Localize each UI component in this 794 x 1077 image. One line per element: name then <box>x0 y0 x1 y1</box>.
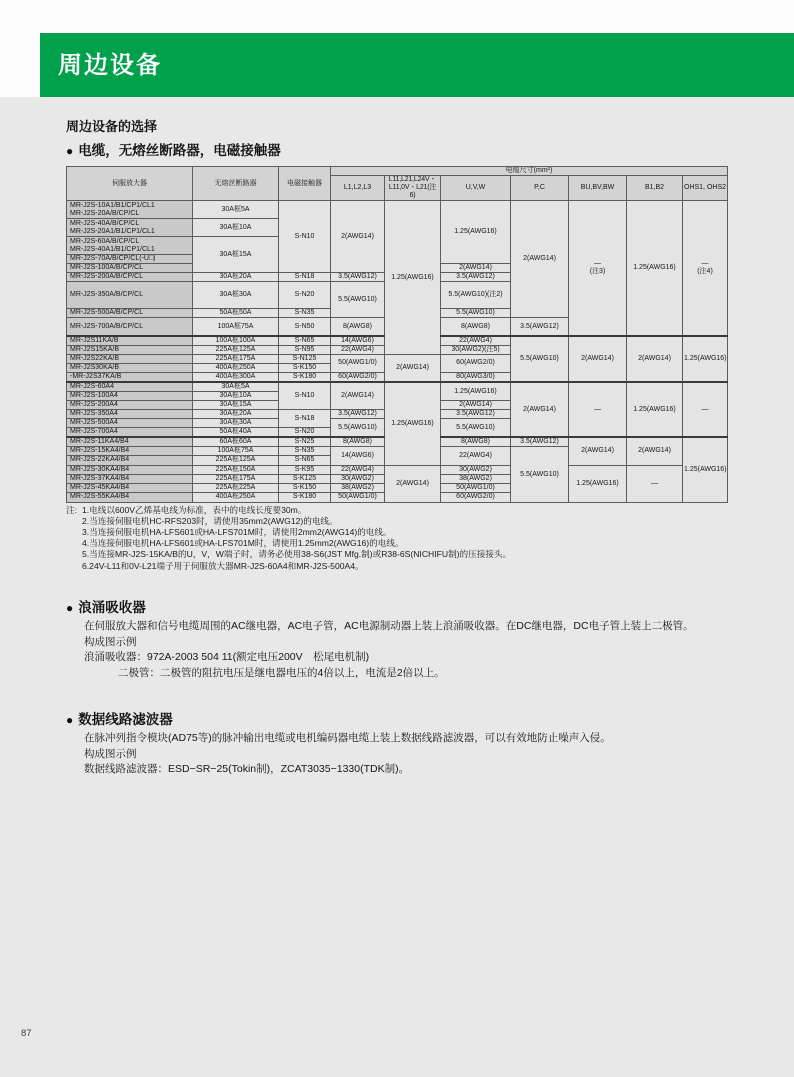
col-header-servo-amplifier: 伺服放大器 <box>67 167 193 201</box>
page-title: 周边设备 <box>40 45 162 80</box>
table-cell: S-N20 <box>279 428 331 438</box>
table-cell: S-K180 <box>279 492 331 502</box>
table-cell: 50(AWG1/0) <box>441 483 511 492</box>
table-cell: 2(AWG14) <box>627 336 683 382</box>
servo-model-cell: MR-J2S-100A/B/CP/CL <box>67 264 193 273</box>
page-header-bar: 周边设备 <box>40 33 794 97</box>
table-cell: S-N50 <box>279 318 331 336</box>
surge-heading: ●浪涌吸收器 <box>66 596 766 616</box>
table-cell: — <box>683 382 728 437</box>
table-notes: 注: 1.电线以600V乙烯基电线为标准，表中的电线长度要30m。 2.当连接伺… <box>66 505 706 572</box>
table-cell: S-N10 <box>279 201 331 273</box>
table-cell: 5.5(AWG10) <box>511 336 569 382</box>
bullet-icon: ● <box>66 601 73 615</box>
col-header-l1l2l3: L1,L2,L3 <box>331 176 385 201</box>
table-cell: 5.5(AWG10) <box>441 419 511 438</box>
servo-model-cell: MR-J2S-200A/B/CP/CL <box>67 273 193 282</box>
table-cell: S-N65 <box>279 336 331 346</box>
table-cell: 8(AWG8) <box>331 318 385 336</box>
col-header-b1b2: B1,B2 <box>627 176 683 201</box>
table-header: 伺服放大器 无熔丝断路器 电磁接触器 电缆尺寸(mm²) L1,L2,L3 L1… <box>67 167 728 201</box>
note-item: 6.24V-L11和0V-L21端子用于伺服放大器MR-J2S-60A4和MR-… <box>82 561 706 572</box>
table-cell: S-N35 <box>279 447 331 456</box>
table-cell: 1.25(AWG16) <box>627 201 683 336</box>
table-cell: 2(AWG14) <box>511 382 569 437</box>
table-cell: 30A框15A <box>193 401 279 410</box>
bullet-icon: ● <box>66 713 73 727</box>
table-cell: — <box>569 382 627 437</box>
servo-model-cell: MR-J2S-40A/B/CP/CL MR-J2S-20A1/B1/CP1/CL… <box>67 219 193 237</box>
table-cell: 8(AWG8) <box>441 437 511 447</box>
servo-model-cell: MR-J2S15KA/B <box>67 345 193 354</box>
surge-diode-line: 二极管：二极管的阻抗电压是继电器电压的4倍以上，电流是2倍以上。 <box>84 666 750 682</box>
table-cell: S-N20 <box>279 282 331 309</box>
catalog-page: 周边设备 周边设备的选择 ●电缆，无熔丝断路器，电磁接触器 伺服放大器 无熔丝断… <box>0 0 794 1077</box>
table-cell: 1.25(AWG16) <box>683 336 728 382</box>
table-cell: S-N10 <box>279 382 331 410</box>
servo-model-cell: MR-J2S-350A4 <box>67 410 193 419</box>
table-cell: 3.5(AWG12) <box>331 410 385 419</box>
servo-model-cell: MR-J2S11KA/B <box>67 336 193 346</box>
section-surge-absorber: ●浪涌吸收器 在伺服放大器和信号电缆周围的AC继电器，AC电子管，AC电源制动器… <box>66 596 766 681</box>
servo-model-cell: MR-J2S-11KA4/B4 <box>67 437 193 447</box>
table-cell: — (注3) <box>569 201 627 336</box>
col-header-breaker: 无熔丝断路器 <box>193 167 279 201</box>
table-cell: 30(AWG2) <box>441 465 511 474</box>
table-cell: 22(AWG4) <box>441 447 511 465</box>
table-cell: 50(AWG1/0) <box>331 492 385 502</box>
table-cell: 30A框20A <box>193 273 279 282</box>
table-cell: 30A框10A <box>193 219 279 237</box>
servo-model-cell: -MR-J2S37KA/B <box>67 373 193 383</box>
servo-model-cell: MR-J2S-15KA4/B4 <box>67 447 193 456</box>
servo-model-cell: MR-J2S-350A/B/CP/CL <box>67 282 193 309</box>
table-cell: S-K125 <box>279 474 331 483</box>
table-cell: 30A框10A <box>193 392 279 401</box>
table-cell: 30A框20A <box>193 410 279 419</box>
table-cell: 22(AWG4) <box>441 336 511 346</box>
col-header-bubvbw: BU,BV,BW <box>569 176 627 201</box>
table-cell: S-K150 <box>279 364 331 373</box>
table-cell: S-N18 <box>279 410 331 428</box>
servo-model-cell: MR-J2S-60A/B/CP/CL MR-J2S-40A1/B1/CP1/CL… <box>67 237 193 255</box>
note-item: 3.当连接伺服电机HA-LFS601或HA-LFS701M时，请使用2mm2(A… <box>82 527 706 538</box>
table-cell: 225A框175A <box>193 474 279 483</box>
table-cell: 1.25(AWG16) <box>385 382 441 465</box>
table-cell: 400A框300A <box>193 373 279 383</box>
table-cell: 2(AWG14) <box>569 336 627 382</box>
servo-model-cell: MR-J2S-70A/B/CP/CL(-U□) <box>67 255 193 264</box>
table-cell: 225A框125A <box>193 345 279 354</box>
table-cell: 2(AWG14) <box>569 437 627 465</box>
table-cell: 2(AWG14) <box>627 437 683 465</box>
servo-model-cell: MR-J2S-700A4 <box>67 428 193 438</box>
col-header-l11l21: L11,L21,L24V・ L11,0V・L21(注6) <box>385 176 441 201</box>
cable-breaker-contactor-heading: ●电缆，无熔丝断路器，电磁接触器 <box>66 139 746 159</box>
surge-body: 在伺服放大器和信号电缆周围的AC继电器，AC电子管，AC电源制动器上装上浪涌吸收… <box>66 619 750 681</box>
table-cell: 60A框60A <box>193 437 279 447</box>
table-cell: 225A框175A <box>193 354 279 363</box>
table-cell: S-N25 <box>279 437 331 447</box>
table-cell: 3.5(AWG12) <box>511 437 569 447</box>
table-cell: 60(AWG2/0) <box>441 354 511 372</box>
table-cell: 1.25(AWG16) <box>569 465 627 502</box>
table-cell: 30(AWG2)(注5) <box>441 345 511 354</box>
notes-label: 注: <box>66 505 77 516</box>
table-cell: 1.25(AWG16) <box>441 382 511 401</box>
filter-heading: ●数据线路滤波器 <box>66 708 766 728</box>
filter-paragraph: 在脉冲列指令模块(AD75等)的脉冲输出电缆或电机编码器电缆上装上数据线路滤波器… <box>84 731 750 747</box>
table-cell: 5.5(AWG10) <box>331 419 385 438</box>
table-cell: 5.5(AWG10) <box>331 282 385 318</box>
section-peripheral-selection: 周边设备的选择 ●电缆，无熔丝断路器，电磁接触器 伺服放大器 无熔丝断路器 电磁… <box>66 116 746 572</box>
table-cell: 225A框225A <box>193 483 279 492</box>
servo-model-cell: MR-J2S-500A/B/CP/CL <box>67 309 193 318</box>
note-item: 4.当连接伺服电机HA-LFS601或HA-LFS701M时，请使用1.25mm… <box>82 538 706 549</box>
table-cell: 225A框125A <box>193 456 279 465</box>
table-cell: 2(AWG14) <box>331 201 385 273</box>
table-cell: 30A框5A <box>193 382 279 392</box>
table-cell: 1.25(AWG16) <box>385 201 441 355</box>
servo-model-cell: MR-J2S-55KA4/B4 <box>67 492 193 502</box>
servo-model-cell: MR-J2S22KA/B <box>67 354 193 363</box>
servo-model-cell: MR-J2S-30KA4/B4 <box>67 465 193 474</box>
table-cell: 2(AWG14) <box>441 264 511 273</box>
table-cell: 38(AWG2) <box>441 474 511 483</box>
servo-model-cell: MR-J2S-60A4 <box>67 382 193 392</box>
surge-diagram-label: 构成图示例 <box>84 635 750 651</box>
table-body: MR-J2S-10A1/B1/CP1/CL1 MR-J2S-20A/B/CP/C… <box>67 201 728 502</box>
table-cell: S-N125 <box>279 354 331 363</box>
bullet-icon: ● <box>66 144 73 158</box>
table-cell: S-K150 <box>279 483 331 492</box>
table-cell: S-K180 <box>279 373 331 383</box>
table-cell: 14(AWG6) <box>331 447 385 465</box>
table-cell: 225A框150A <box>193 465 279 474</box>
table-cell: 60(AWG2/0) <box>331 373 385 383</box>
table-cell: 8(AWG8) <box>441 318 511 336</box>
note-item: 2.当连接伺服电机HC-RFS203时，请使用35mm2(AWG12)的电线。 <box>82 516 706 527</box>
table-cell: 50A框50A <box>193 309 279 318</box>
table-cell: — <box>627 465 683 502</box>
table-cell: S-N95 <box>279 345 331 354</box>
table-cell: 400A框250A <box>193 492 279 502</box>
section-data-line-filter: ●数据线路滤波器 在脉冲列指令模块(AD75等)的脉冲输出电缆或电机编码器电缆上… <box>66 708 766 778</box>
table-cell: S-N65 <box>279 456 331 465</box>
table-row: MR-J2S-10A1/B1/CP1/CL1 MR-J2S-20A/B/CP/C… <box>67 201 728 219</box>
table-cell: 60(AWG2/0) <box>441 492 511 502</box>
col-header-pc: P,C <box>511 176 569 201</box>
table-cell: 80(AWG3/0) <box>441 373 511 383</box>
table-cell: 2(AWG14) <box>441 401 511 410</box>
table-cell: 2(AWG14) <box>331 382 385 410</box>
table-cell: S-N35 <box>279 309 331 318</box>
heading-text: 电缆，无熔丝断路器，电磁接触器 <box>78 143 281 158</box>
note-item: 1.电线以600V乙烯基电线为标准，表中的电线长度要30m。 <box>82 505 706 516</box>
table-row: MR-J2S-30KA4/B4225A框150AS-K9522(AWG4)2(A… <box>67 465 728 474</box>
table-cell: 3.5(AWG12) <box>331 273 385 282</box>
servo-model-cell: MR-J2S-200A4 <box>67 401 193 410</box>
table-cell: 14(AWG6) <box>331 336 385 346</box>
table-cell: 30A框30A <box>193 282 279 309</box>
col-header-ohs: OHS1, OHS2 <box>683 176 728 201</box>
servo-model-cell: MR-J2S-22KA4/B4 <box>67 456 193 465</box>
table-cell: 30(AWG2) <box>331 474 385 483</box>
table-cell: S-K95 <box>279 465 331 474</box>
table-cell: 50A框40A <box>193 428 279 438</box>
table-cell: 1.25(AWG16) <box>627 382 683 437</box>
filter-models-line: 数据线路滤波器：ESD−SR−25(Tokin制)，ZCAT3035−1330(… <box>84 762 750 778</box>
table-cell: 5.5(AWG10) <box>511 447 569 502</box>
note-item: 5.当连接MR-J2S-15KA/B的U，V，W端子时，请务必使用38-S6(J… <box>82 549 706 560</box>
col-header-contactor: 电磁接触器 <box>279 167 331 201</box>
table-row: MR-J2S-60A430A框5AS-N102(AWG14)1.25(AWG16… <box>67 382 728 392</box>
servo-model-cell: MR-J2S-700A/B/CP/CL <box>67 318 193 336</box>
col-header-uvw: U,V,W <box>441 176 511 201</box>
table-cell: 400A框250A <box>193 364 279 373</box>
table-cell: S-N18 <box>279 273 331 282</box>
table-cell: 100A框100A <box>193 336 279 346</box>
surge-absorber-line: 浪涌吸收器：972A-2003 504 11(额定电压200V 松尾电机制) <box>84 650 750 666</box>
table-cell: 30A框15A <box>193 237 279 273</box>
table-cell: 100A框75A <box>193 318 279 336</box>
table-cell: 3.5(AWG12) <box>511 318 569 336</box>
table-cell: 22(AWG4) <box>331 345 385 354</box>
peripherals-table: 伺服放大器 无熔丝断路器 电磁接触器 电缆尺寸(mm²) L1,L2,L3 L1… <box>66 166 728 503</box>
table-cell: 50(AWG1/0) <box>331 354 385 372</box>
table-cell: 2(AWG14) <box>385 465 441 502</box>
table-cell: 100A框75A <box>193 447 279 456</box>
surge-paragraph: 在伺服放大器和信号电缆周围的AC继电器，AC电子管，AC电源制动器上装上浪涌吸收… <box>84 619 750 635</box>
servo-model-cell: MR-J2S-10A1/B1/CP1/CL1 MR-J2S-20A/B/CP/C… <box>67 201 193 219</box>
table-cell: 5.5(AWG10)(注2) <box>441 282 511 309</box>
filter-body: 在脉冲列指令模块(AD75等)的脉冲输出电缆或电机编码器电缆上装上数据线路滤波器… <box>66 731 750 778</box>
table-cell: 1.25(AWG16) <box>683 437 728 502</box>
table-cell: 2(AWG14) <box>511 201 569 318</box>
table-cell: — (注4) <box>683 201 728 336</box>
page-number: 87 <box>21 1028 32 1039</box>
table-cell: 22(AWG4) <box>331 465 385 474</box>
servo-model-cell: MR-J2S-37KA4/B4 <box>67 474 193 483</box>
surge-heading-text: 浪涌吸收器 <box>78 600 146 615</box>
table-cell: 30A框30A <box>193 419 279 428</box>
col-header-cable-size: 电缆尺寸(mm²) <box>331 167 728 176</box>
servo-model-cell: MR-J2S30KA/B <box>67 364 193 373</box>
section-subtitle: 周边设备的选择 <box>66 116 746 135</box>
filter-heading-text: 数据线路滤波器 <box>78 712 173 727</box>
table-cell: 30A框5A <box>193 201 279 219</box>
table-cell: 3.5(AWG12) <box>441 273 511 282</box>
filter-diagram-label: 构成图示例 <box>84 747 750 763</box>
table-cell: 8(AWG8) <box>331 437 385 447</box>
table-cell: 5.5(AWG10) <box>441 309 511 318</box>
servo-model-cell: MR-J2S-45KA4/B4 <box>67 483 193 492</box>
servo-model-cell: MR-J2S-100A4 <box>67 392 193 401</box>
table-cell: 1.25(AWG16) <box>441 201 511 264</box>
table-cell: 3.5(AWG12) <box>441 410 511 419</box>
table-cell: 2(AWG14) <box>385 354 441 382</box>
table-cell: 38(AWG2) <box>331 483 385 492</box>
servo-model-cell: MR-J2S-500A4 <box>67 419 193 428</box>
